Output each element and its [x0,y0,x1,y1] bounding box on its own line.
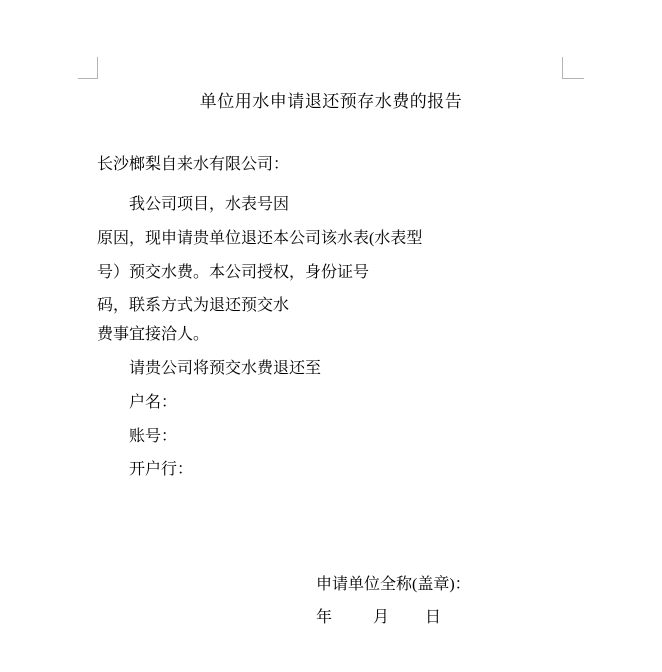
bank-branch-line: 开户行： [97,460,563,479]
body-line-4: 码 ，联系方式 为退还预交水 [97,291,563,315]
document-page: 单位用水申请退还预存水费的报告 长沙榔梨自来水有限公司： 我公司 项目，水表号 … [0,0,662,672]
text-meter-type-close: 号） [97,263,129,282]
signature-line: 申请单位全称(盖章)： [316,575,471,594]
text-due-to: 因 [273,195,289,214]
text-refund-liaison: 为退还预交水 [193,296,289,315]
signature-label: 申请单位全称(盖章)： [316,576,471,593]
body-line-3: 号） 预交水费。本公司授权 ，身份证号 [97,258,563,282]
margin-crop-mark-top-right [562,57,584,79]
text-contact-method: ，联系方式 [113,296,193,315]
text-our-company: 我公司 [129,195,177,214]
text-prepaid-fee-authorize: 预交水费。本公司授权 [129,263,289,282]
document-title: 单位用水申请退还预存水费的报告 [0,87,662,112]
text-project-meter-number: 项目，水表号 [177,195,273,214]
bank-branch-label: 开户行： [129,460,193,479]
salutation-line: 长沙榔梨自来水有限公司： [97,155,563,174]
text-reason-request: 原因，现申请贵单位退还本公司该水表(水表型 [97,229,422,248]
date-year-label: 年 [316,609,332,626]
refund-intro-line: 请贵公司将预交水费退还至 [97,359,563,378]
body-line-1: 我公司 项目，水表号 因 [97,190,563,214]
account-name-label: 户名： [129,393,177,412]
text-number-suffix: 码 [97,296,113,315]
account-number-line: 账号： [97,427,563,446]
text-liaison-end: 费事宜接洽人。 [97,325,209,344]
date-line: 年 月 日 [316,608,441,627]
salutation-text: 长沙榔梨自来水有限公司： [97,155,289,174]
account-name-line: 户名： [97,393,563,412]
text-id-card: ，身份证号 [289,263,369,282]
body-line-2: 原因，现申请贵单位退还本公司该水表(水表型 [97,224,563,248]
date-month-label: 月 [373,609,389,626]
body-line-5: 费事宜接洽人。 [97,325,563,344]
account-number-label: 账号： [129,427,177,446]
margin-crop-mark-top-left [78,57,98,79]
text-refund-intro: 请贵公司将预交水费退还至 [129,359,321,378]
date-day-label: 日 [425,609,441,626]
